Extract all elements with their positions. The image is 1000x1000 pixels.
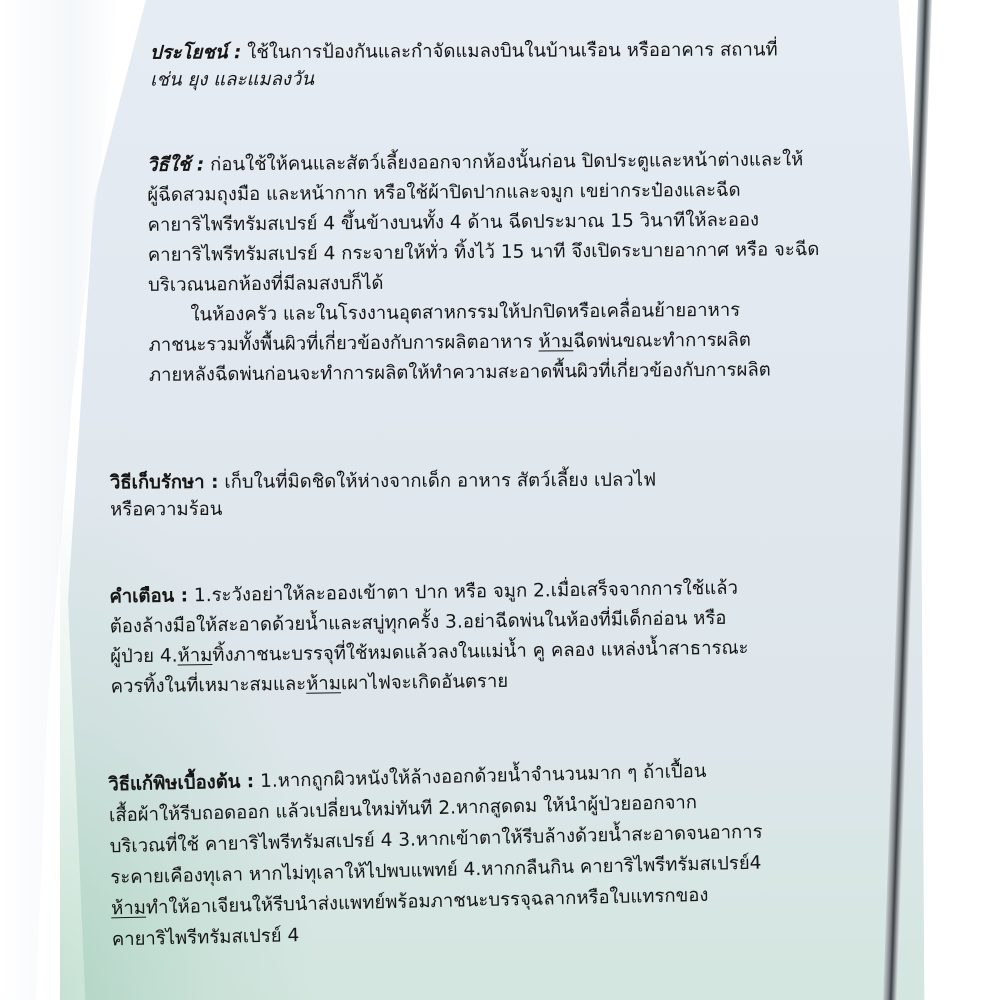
benefit-line-2: เช่น ยุง และแมลงวัน: [150, 63, 778, 93]
benefit-line-1: ใช้ในการป้องกันและกำจัดแมลงบินในบ้านเรือ…: [247, 39, 778, 63]
warning-line-1: 1.ระวังอย่าให้ละอองเข้าตา ปาก หรือ จมูก …: [194, 578, 738, 607]
usage-line-1: ก่อนใช้ให้คนและสัตว์เลี้ยงออกจากห้องนั้น…: [210, 149, 803, 175]
usage-heading: วิธีใช้ :: [147, 154, 204, 175]
warning-heading: คำเตือน :: [109, 585, 188, 607]
benefit-heading: ประโยชน์ :: [150, 42, 242, 63]
warning-line-4b: เผาไฟจะเกิดอันตราย: [341, 671, 508, 694]
warning-prohibit-word-2: ห้าม: [306, 673, 341, 694]
usage-prohibit-word: ห้าม: [538, 331, 573, 352]
warning-line-3b: ทิ้งภาชนะบรรจุที่ใช้หมดแล้วลงในแม่น้ำ คู…: [212, 638, 748, 666]
storage-heading: วิธีเก็บรักษา :: [110, 472, 219, 494]
usage-line-7: ภาชนะรวมทั้งพื้นผิวที่เกี่ยวข้องกับการผล…: [149, 332, 533, 356]
right-background: [935, 0, 1000, 1000]
storage-line-2: หรือความร้อน: [110, 494, 656, 524]
usage-section: วิธีใช้ : ก่อนใช้ให้คนและสัตว์เลี้ยงออกจ…: [147, 145, 821, 391]
warning-line-4a: ควรทิ้งในที่เหมาะสมและ: [111, 674, 307, 698]
storage-section: วิธีเก็บรักษา : เก็บในที่มิดชิดให้ห่างจา…: [110, 467, 657, 524]
warning-section: คำเตือน : 1.ระวังอย่าให้ละอองเข้าตา ปาก …: [109, 574, 749, 703]
warning-line-3a: ผู้ป่วย 4.: [110, 646, 178, 668]
first-aid-section: วิธีแก้พิษเบื้องต้น : 1.หากถูกผิวหนังให้…: [108, 755, 765, 956]
usage-line-4: คายาริไพรีทรัมสเปรย์ 4 กระจายให้ทั่ว ทิ้…: [148, 235, 820, 271]
first-aid-prohibit-word: ห้าม: [111, 898, 146, 920]
warning-prohibit-word-1: ห้าม: [177, 645, 212, 666]
first-aid-heading: วิธีแก้พิษเบื้องต้น :: [108, 771, 254, 795]
spray-can-back-label: ประโยชน์ : ใช้ในการป้องกันและกำจัดแมลงบิ…: [0, 0, 1000, 1000]
usage-line-7b: ฉีดพ่นขณะทำการผลิต: [573, 330, 751, 353]
storage-line-1: เก็บในที่มิดชิดให้ห่างจากเด็ก อาหาร สัตว…: [224, 470, 656, 493]
first-aid-line-1: 1.หากถูกผิวหนังให้ล้างออกด้วยน้ำจำนวนมาก…: [260, 761, 707, 792]
benefit-section: ประโยชน์ : ใช้ในการป้องกันและกำจัดแมลงบิ…: [150, 36, 778, 93]
usage-line-8: ภายหลังฉีดพ่นก่อนจะทำการผลิตให้ทำความสะอ…: [149, 355, 821, 391]
